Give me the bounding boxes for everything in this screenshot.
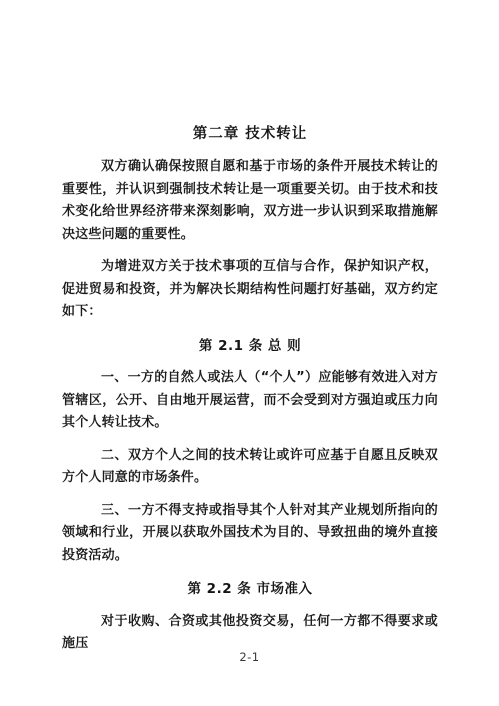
section-heading-2-1: 第 2.1 条 总 则 [62,335,438,358]
document-content: 第二章 技术转让 双方确认确保按照自愿和基于市场的条件开展技术转让的重要性，并认… [0,0,499,656]
section-2-1-item-2: 二、双方个人之间的技术转让或许可应基于自愿且反映双方个人同意的市场条件。 [62,445,438,490]
section-2-1-item-1: 一、一方的自然人或法人（“个人”）应能够有效进入对方管辖区，公开、自由地开展运营… [62,367,438,435]
chapter-title: 第二章 技术转让 [62,126,438,143]
intro-paragraph-1: 双方确认确保按照自愿和基于市场的条件开展技术转让的重要性，并认识到强制技术转让是… [62,156,438,246]
document-page: 第二章 技术转让 双方确认确保按照自愿和基于市场的条件开展技术转让的重要性，并认… [0,0,499,706]
page-number: 2-1 [0,650,499,664]
section-heading-2-2: 第 2.2 条 市场准入 [62,578,438,601]
section-2-1-item-3: 三、一方不得支持或指导其个人针对其产业规划所指向的领域和行业，开展以获取外国技术… [62,500,438,568]
section-2-2-paragraph-1: 对于收购、合资或其他投资交易，任何一方都不得要求或施压 [62,611,438,656]
intro-paragraph-2: 为增进双方关于技术事项的互信与合作，保护知识产权，促进贸易和投资，并为解决长期结… [62,256,438,324]
